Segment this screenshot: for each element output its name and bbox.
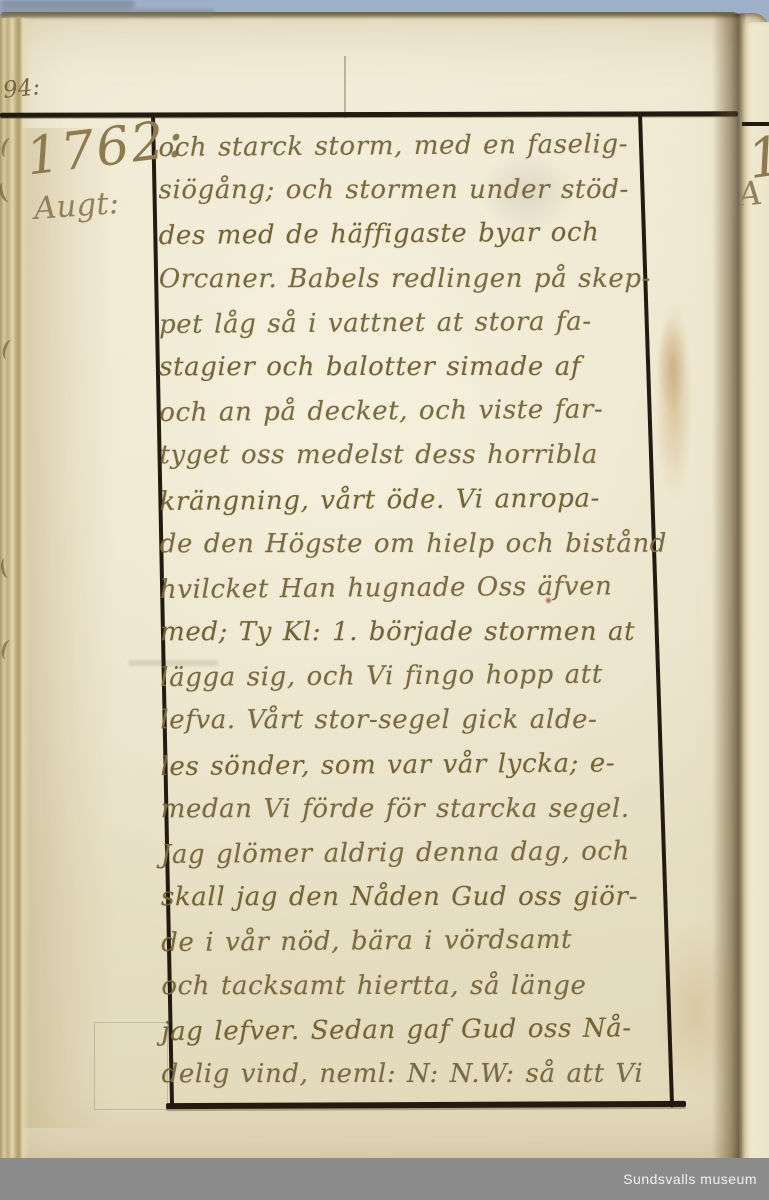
manuscript-line: les sönder, som var vår lycka; e- [160,741,672,789]
manuscript-line: med; Ty Kl: 1. började stormen at [160,610,672,655]
manuscript-line: des med de häffigaste byar och [159,210,671,258]
manuscript-text: och starck storm, med en faselig-siögång… [158,123,673,1097]
watermark-bar: Sundsvalls museum [0,1158,769,1200]
archive-photo: 94: 1762: Augt: och starck storm, med en… [0,0,769,1200]
manuscript-line: de den Högste om hielp och bistånd [160,521,672,566]
manuscript-line: stagier och balotter simade af [159,345,671,390]
manuscript-line: Jag glömer aldrig denna dag, och [161,829,673,877]
margin-column-shading [22,128,154,1128]
next-page-sliver: 1 A [742,22,769,1162]
underline-smudge [0,9,215,17]
manuscript-line: tyget oss medelst dess horribla [159,433,671,478]
manuscript-line: delig vind, neml: N: N.W: så att Vi [162,1052,674,1097]
paper-crease-line [344,56,346,118]
manuscript-line: de i vår nöd, bära i vördsamt [161,917,673,965]
manuscript-line: och tacksamt hiertta, så länge [161,963,673,1008]
manuscript-line: krängning, vårt öde. Vi anropa- [159,475,671,523]
manuscript-line: och an på decket, och viste far- [159,387,671,435]
watermark-label: Sundsvalls museum [623,1171,757,1187]
manuscript-line: lefva. Vårt stor-segel gick alde- [160,698,672,743]
manuscript-line: hvilcket Han hugnade Oss äfven [160,564,672,612]
page-number: 94: [2,74,42,104]
manuscript-line: siögång; och stormen under stöd- [159,168,671,213]
manuscript-line: lägga sig, och Vi fingo hopp att [160,652,672,700]
manuscript-line: skall jag den Nåden Gud oss giör- [161,875,673,920]
graphite-smudge [0,0,135,9]
page-left-crease [15,18,23,1163]
manuscript-line: jag lefver. Sedan gaf Gud oss Nå- [161,1006,673,1054]
next-page-month-fragment: A [742,173,764,214]
manuscript-line: pet låg så i vattnet at stora fa- [159,299,671,347]
pencil-outline-mark [94,1022,168,1110]
manuscript-line: Orcaner. Babels redlingen på skep- [159,256,671,301]
book-gutter-crease [712,14,746,1162]
manuscript-line: och starck storm, med en faselig- [158,122,670,170]
manuscript-line: medan Vi förde för starcka segel. [161,787,673,832]
margin-date-month: Augt: [33,185,120,227]
